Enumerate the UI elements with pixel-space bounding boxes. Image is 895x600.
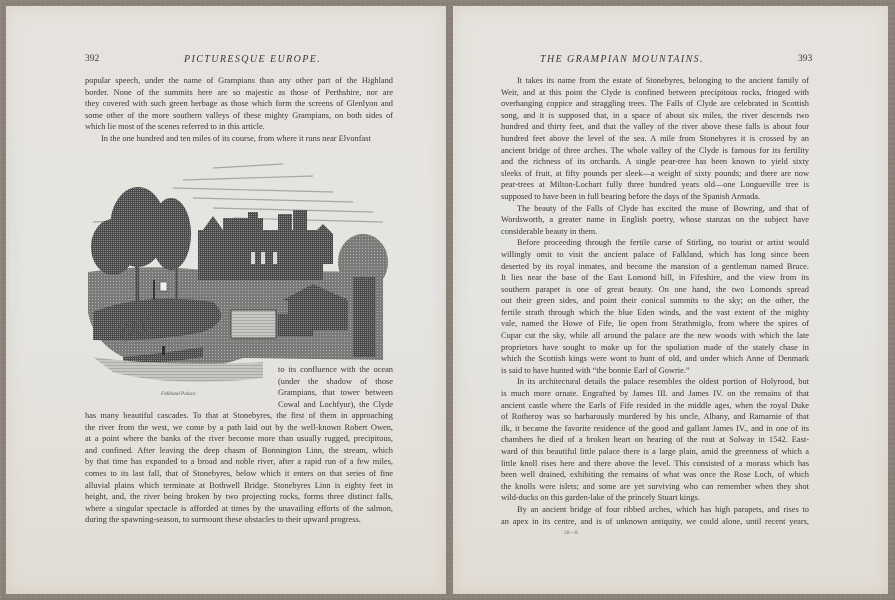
text-line: Cowal and Lochfyur), the Clyde <box>278 399 393 411</box>
text-line: ancient castle where the Earls of Fife r… <box>501 400 809 412</box>
text-line: It takes its name from the estate of Sto… <box>501 75 809 87</box>
illustration <box>83 152 393 392</box>
page-number: 392 <box>85 54 99 64</box>
text-line: is much more ornate. Engrafted by James … <box>501 388 809 400</box>
text-line: the river from the west, we come by a pa… <box>85 422 393 434</box>
text-line: is said to have hunted with “the bonnie … <box>501 365 809 377</box>
text-line: deserted by its royal inmates, and becom… <box>501 261 809 273</box>
text-line: In the one hundred and ten miles of its … <box>85 133 393 145</box>
text-line: where a singular spectacle is afforded a… <box>85 503 393 515</box>
text-line: sleeks of fruit, at fifty pounds per sle… <box>501 168 809 180</box>
engraving-falkland-palace-icon <box>83 152 393 392</box>
text-line: fertile strath through which the blue Ed… <box>501 307 809 319</box>
text-line: It lies near the base of the East Lomond… <box>501 272 809 284</box>
text-line: Weir, and at this point the Clyde is con… <box>501 87 809 99</box>
text-line: the knolls were islets; and some are yet… <box>501 481 809 493</box>
right-page: THE GRAMPIAN MOUNTAINS. 393 It takes its… <box>453 6 888 594</box>
text-line: alluvial plains which terminate at Bothw… <box>85 480 393 492</box>
text-line: popular speech, under the name of Grampi… <box>85 75 393 87</box>
text-line: overhanging coppice and straggling trees… <box>501 98 809 110</box>
illustration-caption: Falkland Palace. <box>161 391 197 397</box>
text-line: song, and it is supposed that, in a spac… <box>501 110 809 122</box>
text-line: The beauty of the Falls of Clyde has exc… <box>501 203 809 215</box>
text-line: ancient bridge of three arches. The whol… <box>501 145 809 157</box>
text-line: by that time has expanded to a broad and… <box>85 456 393 468</box>
text-line: wild-ducks on this garden-lake of the pr… <box>501 492 809 504</box>
text-line: proprietors have sought to make up for t… <box>501 342 809 354</box>
text-line: which the Scottish kings were wont to hu… <box>501 353 809 365</box>
text-line: height, and, the river being broken by t… <box>85 491 393 503</box>
text-line: comes to its last fall, that of Stonebyr… <box>85 468 393 480</box>
text-line: and the richness of its orchards. A sing… <box>501 156 809 168</box>
text-line: Wordsworth, a greater name in English po… <box>501 214 809 226</box>
signature-mark: 50—E <box>564 530 578 536</box>
text-line: they covered with such green herbage as … <box>85 98 393 110</box>
text-line: border. None of the summits here are so … <box>85 87 393 99</box>
text-line: Before proceeding through the fertile ca… <box>501 237 809 249</box>
text-line: which lie most of the scenes referred to… <box>85 121 393 133</box>
running-title: PICTURESQUE EUROPE. <box>184 54 321 65</box>
text-line: By an ancient bridge of four ribbed arch… <box>501 504 809 516</box>
text-line: ward of this beautiful little palace the… <box>501 446 809 458</box>
text-line: an apex in its centre, and is of unknown… <box>501 516 809 528</box>
text-line: pear-trees at Milton-Lochart fully three… <box>501 179 809 191</box>
text-line: of Rotheroy was so barbarously murdered … <box>501 411 809 423</box>
text-line: considerable beauty in them. <box>501 226 809 238</box>
text-line: chambers he died of a broken heart on he… <box>501 434 809 446</box>
text-line: out their green sides, and point their c… <box>501 295 809 307</box>
running-title: THE GRAMPIAN MOUNTAINS. <box>540 54 704 65</box>
text-line: to its confluence with the ocean <box>278 364 393 376</box>
text-line: during the spawning-season, to surmount … <box>85 514 393 526</box>
text-line: In its architectural details the palace … <box>501 376 809 388</box>
text-line: and confined. After leaving the deep cha… <box>85 445 393 457</box>
text-line: has many beautiful cascades. To that at … <box>85 410 393 422</box>
left-page: 392 PICTURESQUE EUROPE. popular speech, … <box>6 6 446 594</box>
text-line: little knoll rises here and there above … <box>501 458 809 470</box>
text-line: at a point where the banks of the river … <box>85 433 393 445</box>
text-line: ilk, it became the favorite residence of… <box>501 423 809 435</box>
text-line: Cupar cut the sky, while all around the … <box>501 330 809 342</box>
body-text-top: popular speech, under the name of Grampi… <box>85 75 393 145</box>
text-line: hundred and thirty feet, and that the va… <box>501 121 809 133</box>
text-line: supposed to have been in full bearing be… <box>501 191 809 203</box>
text-line: hundred feet above the level of the sea.… <box>501 133 809 145</box>
text-line: willingly omit to visit the ancient pala… <box>501 249 809 261</box>
text-line: (under the shadow of those <box>278 376 393 388</box>
page-number: 393 <box>798 54 812 64</box>
body-text-bottom: has many beautiful cascades. To that at … <box>85 410 393 526</box>
text-line: vale, named the Howe of Fife, lie open f… <box>501 318 809 330</box>
wrap-text: to its confluence with the ocean(under t… <box>278 364 393 410</box>
text-line: some other of the more southern valleys … <box>85 110 393 122</box>
text-line: been well drained, exhibiting the remain… <box>501 469 809 481</box>
text-line: southern parapet is one of great beauty.… <box>501 284 809 296</box>
body-text: It takes its name from the estate of Sto… <box>501 75 809 527</box>
text-line: Grampians, that tower between <box>278 387 393 399</box>
